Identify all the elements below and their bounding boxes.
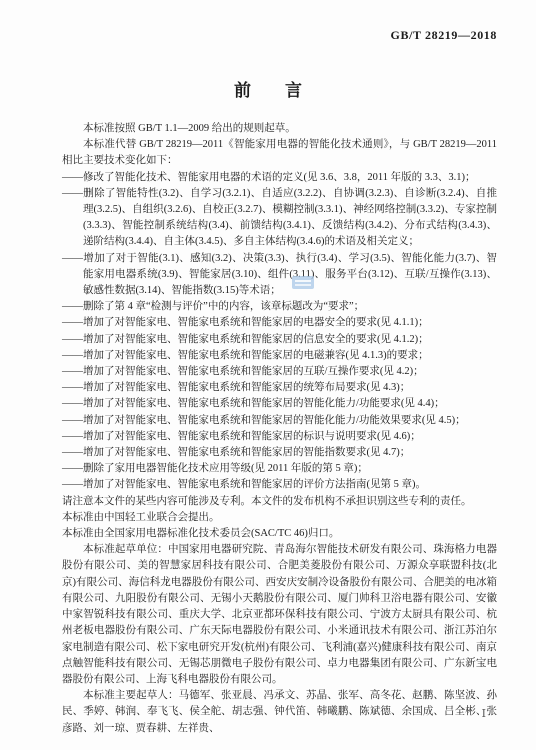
change-item: ——删除了第 4 章“检测与评价”中的内容，该章标题改为“要求”；	[62, 299, 497, 315]
paragraph-replaces-note: 本标准代替 GB/T 28219—2011《智能家用电器的智能化技术通则》，与 …	[62, 137, 497, 169]
change-item: ——增加了对智能家电、智能家电系统和智能家居的电磁兼容(见 4.1.3)的要求；	[62, 348, 497, 364]
paragraph-centralized-by: 本标准由全国家用电器标准化技术委员会(SAC/TC 46)归口。	[62, 526, 497, 542]
change-item: ——增加了对智能家电、智能家电系统和智能家居的统筹布局要求(见 4.3)；	[62, 380, 497, 396]
watermark-stamp	[292, 276, 314, 289]
page-title: 前 言	[0, 76, 536, 101]
change-item: ——增加了对智能家电、智能家电系统和智能家居的智能指数要求(见 4.7)；	[62, 445, 497, 461]
change-item: ——增加了对智能家电、智能家电系统和智能家居的评价方法指南(见第 5 章)。	[62, 477, 497, 493]
page-number: Ⅰ	[482, 707, 486, 720]
change-item: ——增加了对智能家电、智能家电系统和智能家居的智能化能力/功能效果要求(见 4.…	[62, 413, 497, 429]
change-item: ——删除了智能特性(3.2)、自学习(3.2.1)、自适应(3.2.2)、自协调…	[62, 186, 497, 251]
change-item: ——增加了对智能家电、智能家电系统和智能家居的标识与说明要求(见 4.6)；	[62, 429, 497, 445]
foreword-body: 本标准按照 GB/T 1.1—2009 给出的规则起草。 本标准代替 GB/T …	[62, 121, 497, 737]
change-item: ——增加了对智能家电、智能家电系统和智能家居的智能化能力/功能要求(见 4.4)…	[62, 396, 497, 412]
change-item: ——增加了对智能家电、智能家电系统和智能家居的互联/互操作要求(见 4.2)；	[62, 364, 497, 380]
standard-document-page: GB/T 28219—2018 前 言 本标准按照 GB/T 1.1—2009 …	[0, 0, 536, 750]
change-item: ——修改了智能化技术、智能家用电器的术语的定义(见 3.6、3.8，2011 年…	[62, 170, 497, 186]
paragraph-patent-notice: 请注意本文件的某些内容可能涉及专利。本文件的发布机构不承担识别这些专利的责任。	[62, 494, 497, 510]
doc-number: GB/T 28219—2018	[391, 28, 497, 43]
paragraph-drafting-rule: 本标准按照 GB/T 1.1—2009 给出的规则起草。	[62, 121, 497, 137]
paragraph-drafting-organizations: 本标准起草单位：中国家用电器研究院、青岛海尔智能技术研发有限公司、珠海格力电器股…	[62, 542, 497, 688]
change-item: ——增加了对智能家电、智能家电系统和智能家居的信息安全的要求(见 4.1.2)；	[62, 332, 497, 348]
paragraph-chief-drafters: 本标准主要起草人：马德军、张亚晨、冯承文、苏晶、张军、高冬花、赵鹏、陈坚波、孙民…	[62, 688, 497, 737]
paragraph-proposed-by: 本标准由中国轻工业联合会提出。	[62, 510, 497, 526]
change-item: ——删除了家用电器智能化技术应用等级(见 2011 年版的第 5 章)；	[62, 461, 497, 477]
changes-list: ——修改了智能化技术、智能家用电器的术语的定义(见 3.6、3.8，2011 年…	[62, 170, 497, 494]
change-item: ——增加了对智能家电、智能家电系统和智能家居的电器安全的要求(见 4.1.1)；	[62, 315, 497, 331]
change-item: ——增加了对于智能(3.1)、感知(3.2)、决策(3.3)、执行(3.4)、学…	[62, 251, 497, 300]
